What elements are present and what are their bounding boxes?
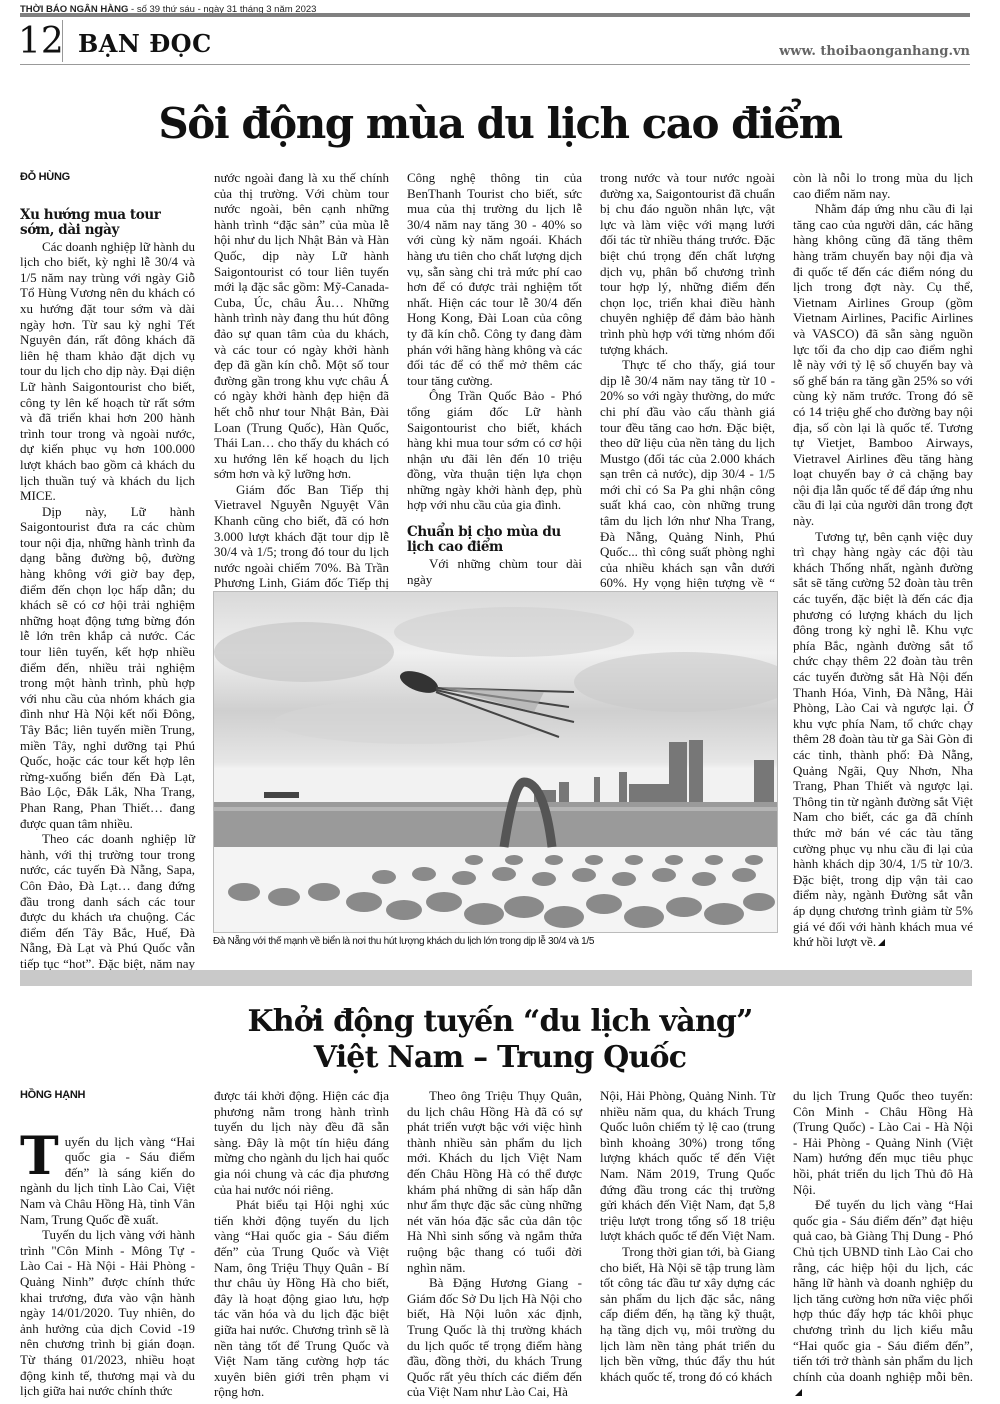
article2-headline: Khởi động tuyến “du lịch vàng” Việt Nam … bbox=[0, 1004, 1000, 1076]
paragraph: Nhằm đáp ứng nhu cầu đi lại tăng cao của… bbox=[793, 201, 973, 528]
paragraph: Phát biểu tại Hội nghị xúc tiến khởi độn… bbox=[214, 1197, 389, 1400]
article1-column-2: nước ngoài đang là xu thế chính của thị … bbox=[214, 170, 389, 607]
article1-headline: Sôi động mùa du lịch cao điểm bbox=[0, 98, 1000, 150]
beach-scene-illustration bbox=[214, 592, 777, 932]
article1-subhead-1: Xu hướng mua tour sớm, dài ngày bbox=[20, 208, 195, 238]
top-bar-divider bbox=[20, 13, 970, 17]
article2-headline-line-2: Việt Nam – Trung Quốc bbox=[0, 1040, 1000, 1076]
article2-byline: HỒNG HẠNH bbox=[20, 1088, 195, 1104]
paragraph: Tuyến du lịch vàng “Hai quốc gia - Sáu đ… bbox=[20, 1134, 195, 1228]
article1-column-3: Công nghệ thông tin của BenThanh Tourist… bbox=[407, 170, 582, 587]
website-link[interactable]: www. thoibaonganhang.vn bbox=[779, 44, 970, 59]
paragraph: trong nước và tour nước ngoài đường xa, … bbox=[600, 170, 775, 357]
article-separator-band bbox=[20, 970, 972, 986]
page-number: 12 bbox=[18, 22, 64, 62]
paragraph: Ông Trần Quốc Bảo - Phó tổng giám đốc Lữ… bbox=[407, 388, 582, 513]
paragraph: Thực tế cho thấy, giá tour dịp lễ 30/4 n… bbox=[600, 357, 775, 607]
paragraph: Theo các doanh nghiệp lữ hành, với thị t… bbox=[20, 831, 195, 987]
article1-subhead-2: Chuẩn bị cho mùa du lịch cao điểm bbox=[407, 525, 582, 555]
article2-column-3: Theo ông Triệu Thụy Quân, du lịch châu H… bbox=[407, 1088, 582, 1400]
section-title: BẠN ĐỌC bbox=[78, 30, 212, 58]
drop-cap: T bbox=[20, 1136, 59, 1178]
paragraph: Để tuyến du lịch vàng “Hai quốc gia - Sá… bbox=[793, 1197, 973, 1400]
article1-byline: ĐỖ HÙNG bbox=[20, 170, 195, 186]
paragraph: Các doanh nghiệp lữ hành du lịch cho biế… bbox=[20, 239, 195, 504]
paragraph-text: Để tuyến du lịch vàng “Hai quốc gia - Sá… bbox=[793, 1197, 973, 1384]
article2-headline-line-1: Khởi động tuyến “du lịch vàng” bbox=[0, 1004, 1000, 1040]
paragraph: Tuyến du lịch vàng với hành trình "Côn M… bbox=[20, 1227, 195, 1399]
article1-column-5: còn là nỗi lo trong mùa du lịch cao điểm… bbox=[793, 170, 973, 950]
beach-photo bbox=[213, 591, 778, 933]
paragraph: Công nghệ thông tin của BenThanh Tourist… bbox=[407, 170, 582, 388]
article2-column-5: du lịch Trung Quốc theo tuyến: Côn Minh … bbox=[793, 1088, 973, 1400]
paragraph: Dịp này, Lữ hành Saigontourist đưa ra cá… bbox=[20, 504, 195, 831]
paragraph: Giám đốc Ban Tiếp thị Vietravel Nguyễn N… bbox=[214, 482, 389, 607]
end-mark-icon bbox=[878, 939, 885, 946]
article1-column-4: trong nước và tour nước ngoài đường xa, … bbox=[600, 170, 775, 607]
paragraph: Trong thời gian tới, bà Giang cho biết, … bbox=[600, 1244, 775, 1384]
paragraph: Tương tự, bên cạnh việc duy trì chạy hàn… bbox=[793, 529, 973, 950]
header-rule bbox=[20, 64, 970, 65]
article2-column-2: được tái khởi động. Hiện các địa phương … bbox=[214, 1088, 389, 1400]
paragraph: Với những chùm tour dài ngày bbox=[407, 556, 582, 587]
paragraph: Nội, Hải Phòng, Quảng Ninh. Từ nhiều năm… bbox=[600, 1088, 775, 1244]
paragraph: Bà Đặng Hương Giang - Giám đốc Sở Du lịc… bbox=[407, 1275, 582, 1400]
paragraph: Theo ông Triệu Thụy Quân, du lịch châu H… bbox=[407, 1088, 582, 1275]
paragraph: còn là nỗi lo trong mùa du lịch cao điểm… bbox=[793, 170, 973, 201]
paragraph: được tái khởi động. Hiện các địa phương … bbox=[214, 1088, 389, 1197]
article2-column-4: Nội, Hải Phòng, Quảng Ninh. Từ nhiều năm… bbox=[600, 1088, 775, 1384]
paragraph: du lịch Trung Quốc theo tuyến: Côn Minh … bbox=[793, 1088, 973, 1197]
paragraph-text: Tương tự, bên cạnh việc duy trì chạy hàn… bbox=[793, 529, 973, 949]
photo-caption: Đà Nẵng với thế mạnh về biển là nơi thu … bbox=[213, 936, 783, 947]
end-mark-icon bbox=[795, 1389, 802, 1396]
page-number-separator bbox=[62, 20, 63, 62]
paragraph: nước ngoài đang là xu thế chính của thị … bbox=[214, 170, 389, 482]
article1-column-1: ĐỖ HÙNG Xu hướng mua tour sớm, dài ngày … bbox=[20, 170, 195, 987]
article2-column-1: HỒNG HẠNH Tuyến du lịch vàng “Hai quốc g… bbox=[20, 1088, 195, 1399]
